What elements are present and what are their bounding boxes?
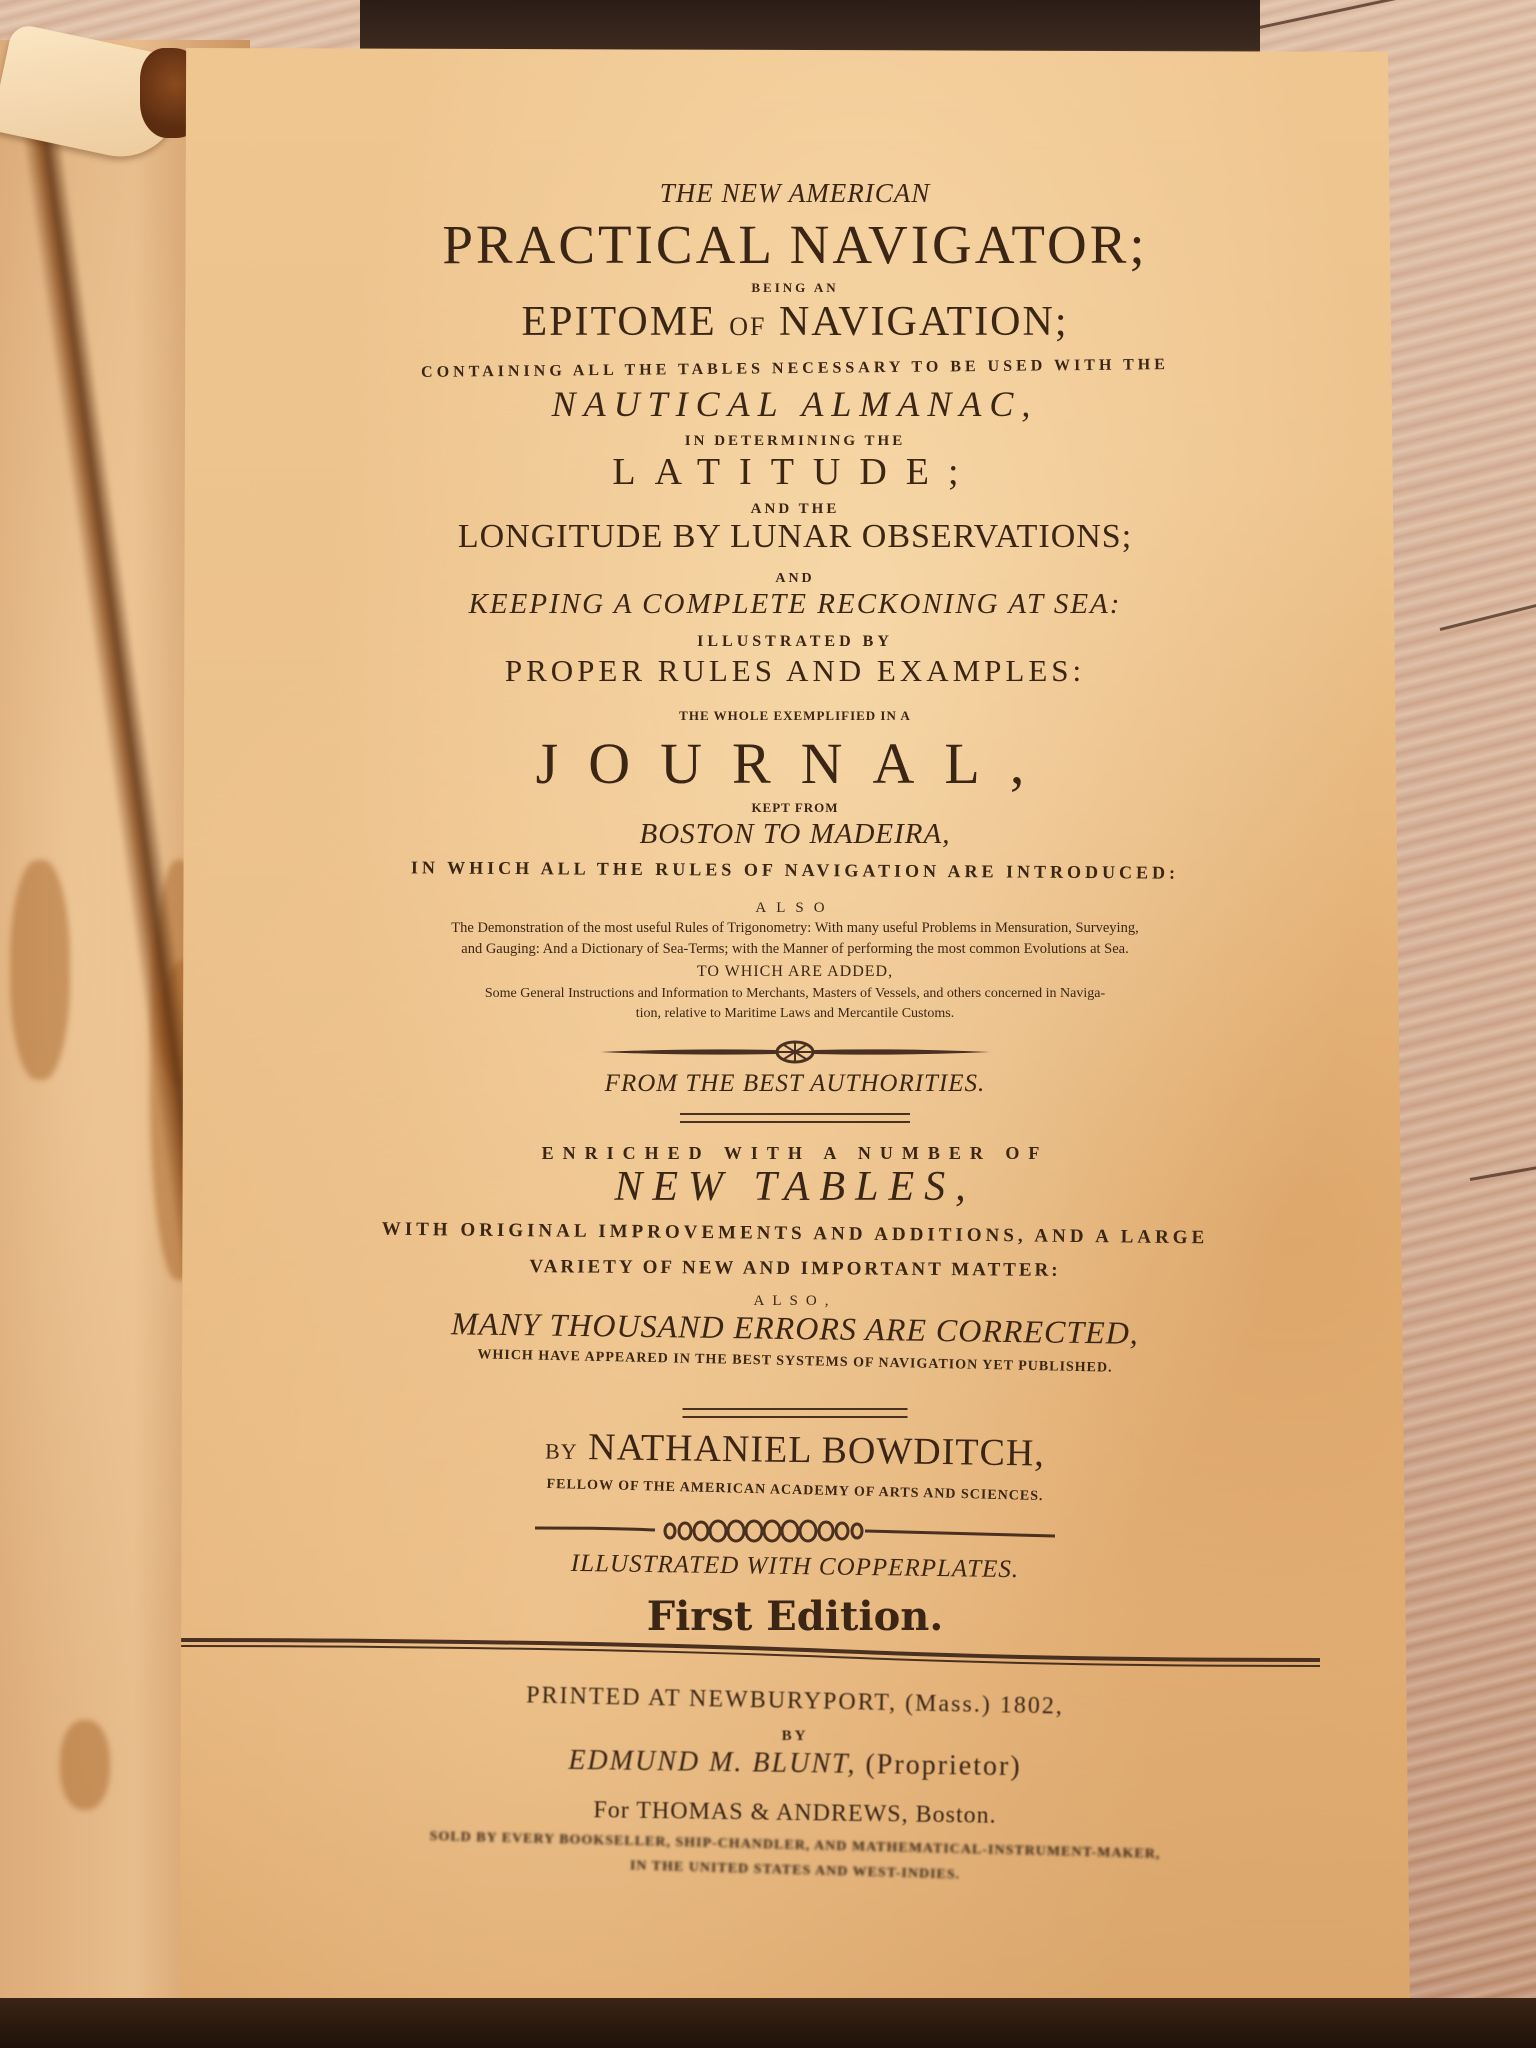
main-title: PRACTICAL NAVIGATOR; [180,213,1410,276]
text-illustrated-by: ILLUSTRATED BY [180,633,1410,651]
subtitle-the-new-american: THE NEW AMERICAN [180,178,1410,209]
text-and-the: AND THE [180,501,1410,518]
keeping-complete-reckoning: KEEPING A COMPLETE RECKONING AT SEA: [180,588,1410,621]
text-whole-exemplified: THE WHOLE EXEMPLIFIED IN A [180,708,1410,724]
illustrated-with-copperplates: ILLUSTRATED WITH COPPERPLATES. [180,1544,1410,1589]
text-of: OF [729,312,766,341]
double-rule-divider [683,1408,908,1418]
water-stain [60,1720,110,1810]
title-page: THE NEW AMERICAN PRACTICAL NAVIGATOR; BE… [180,48,1410,2008]
text-and: AND [180,571,1410,587]
epitome-of-navigation: EPITOME OF NAVIGATION; [180,298,1410,346]
text-original-improvements: WITH ORIGINAL IMPROVEMENTS AND ADDITIONS… [180,1217,1410,1252]
text-printed-at-newburyport: PRINTED AT NEWBURYPORT, (Mass.) 1802, [180,1675,1410,1728]
author-name: NATHANIEL BOWDITCH, [588,1426,1045,1474]
text-navigation: NAVIGATION; [779,299,1069,345]
new-tables: NEW TABLES, [180,1163,1410,1211]
longitude-by-lunar-observations: LONGITUDE BY LUNAR OBSERVATIONS; [180,518,1410,556]
table-shadow-bottom [0,1998,1536,2048]
text-maritime-laws: tion, relative to Maritime Laws and Merc… [180,1006,1410,1022]
text-epitome: EPITOME [521,299,716,345]
text-general-instructions: Some General Instructions and Informatio… [180,986,1410,1002]
journal: JOURNAL, [180,730,1410,797]
text-in-determining-the: IN DETERMINING THE [180,433,1410,450]
double-rule-divider [680,1113,910,1123]
latitude: LATITUDE; [180,450,1410,494]
floral-ornament-divider [595,1040,995,1064]
text-dictionary-sea-terms: and Gauging: And a Dictionary of Sea-Ter… [180,941,1410,958]
text-trigonometry: The Demonstration of the most useful Rul… [180,920,1410,937]
printer-line: EDMUND M. BLUNT, (Proprietor) [180,1739,1410,1788]
rope-ornament-divider [535,1518,1055,1544]
text-rules-introduced: IN WHICH ALL THE RULES OF NAVIGATION ARE… [180,856,1410,886]
text-to-which-are-added: TO WHICH ARE ADDED, [180,963,1410,981]
printer-name: EDMUND M. BLUNT, [568,1745,857,1780]
text-proprietor: (Proprietor) [865,1749,1022,1782]
text-containing-tables: CONTAINING ALL THE TABLES NECESSARY TO B… [180,354,1410,385]
proper-rules-and-examples: PROPER RULES AND EXAMPLES: [180,653,1410,689]
text-enriched-with: ENRICHED WITH A NUMBER OF [180,1143,1410,1164]
text-also: ALSO [180,900,1410,917]
text-by: BY [545,1439,578,1464]
author-line: BY NATHANIEL BOWDITCH, [180,1419,1410,1480]
water-stain [10,860,70,1080]
from-the-best-authorities: FROM THE BEST AUTHORITIES. [180,1070,1410,1098]
text-variety-of-new-matter: VARIETY OF NEW AND IMPORTANT MATTER: [180,1254,1410,1285]
nautical-almanac: NAUTICAL ALMANAC, [180,383,1410,425]
boston-to-madeira: BOSTON TO MADEIRA, [180,818,1410,851]
long-double-rule [160,1628,1360,1678]
text-kept-from: KEPT FROM [180,800,1410,816]
text-being-an: BEING AN [180,280,1410,296]
